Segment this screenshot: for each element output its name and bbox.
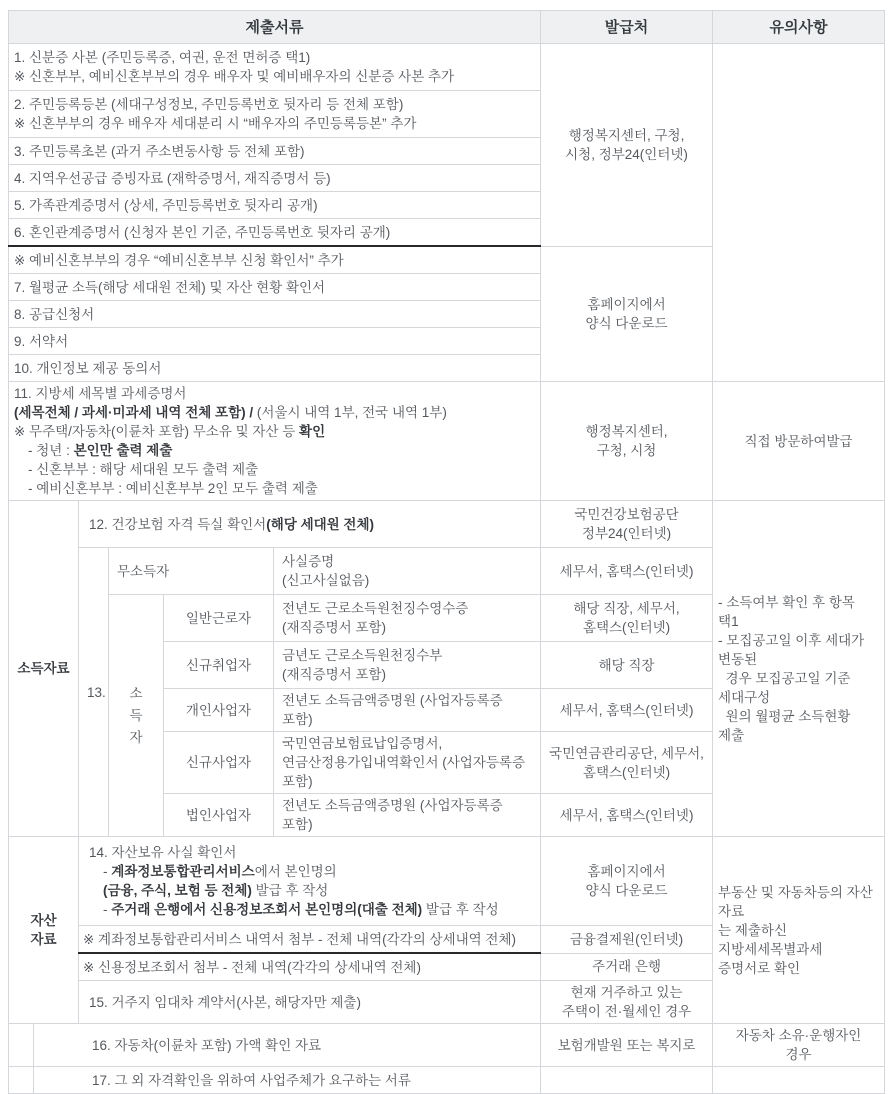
row11-line5: - 신혼부부 : 해당 세대원 모두 출력 제출: [14, 460, 532, 479]
doc-etc-documents: 17. 그 외 자격확인을 위하여 사업주체가 요구하는 서류: [34, 1067, 541, 1094]
row-11-local-tax-cert: 11. 지방세 세목별 과세증명서 (세목전체 / 과세·미과세 내역 전체 포…: [9, 382, 885, 501]
type-self-employed: 개인사업자: [164, 689, 274, 732]
row2-line1: 2. 주민등록등본 (세대구성정보, 주민등록번호 뒷자리 등 전체 포함): [14, 95, 532, 114]
row11-line6: - 예비신혼부부 : 예비신혼부부 2인 모두 출력 제출: [14, 479, 532, 498]
row11-line2: (세목전체 / 과세·미과세 내역 전체 포함) / (서울시 내역 1부, 전…: [14, 403, 532, 422]
required-documents-table: 제출서류 발급처 유의사항 1. 신분증 사본 (주민등록증, 여권, 운전 면…: [8, 10, 885, 1094]
issuer-local-tax: 행정복지센터, 구청, 시청: [541, 382, 713, 501]
row-12-health-insurance: 소득자료 12. 건강보험 자격 득실 확인서(해당 세대원 전체) 국민건강보…: [9, 501, 885, 548]
doc-lease-contract: 15. 거주지 임대차 계약서(사본, 해당자만 제출): [79, 981, 541, 1024]
issuer-health-insurance: 국민건강보험공단 정부24(인터넷): [541, 501, 713, 548]
issuer-self-employed: 세무서, 홈택스(인터넷): [541, 689, 713, 732]
doc-no-income: 사실증명 (신고사실없음): [274, 548, 541, 595]
doc-credit-report: ※ 신용정보조회서 첨부 - 전체 내역(각각의 상세내역 전체): [79, 953, 541, 981]
note-empty-top: [713, 44, 885, 382]
issuer-credit-report: 주거래 은행: [541, 953, 713, 981]
issuer-regular-worker: 해당 직장, 세무서, 홈택스(인터넷): [541, 595, 713, 642]
type-regular-worker: 일반근로자: [164, 595, 274, 642]
row1-line2: ※ 신혼부부, 예비신혼부부의 경우 배우자 및 예비배우자의 신분증 사본 추…: [14, 67, 532, 86]
row12-text: 12. 건강보험 자격 득실 확인서: [89, 517, 266, 532]
doc-corporate-business: 전년도 소득금액증명원 (사업자등록증 포함): [274, 794, 541, 837]
issuer-asset-forms: 홈페이지에서 양식 다운로드: [541, 837, 713, 926]
row13-number: 13.: [79, 548, 109, 837]
type-no-income: 무소득자: [109, 548, 274, 595]
issuer-vehicle-value: 보험개발원 또는 복지로: [541, 1024, 713, 1067]
row11-line3: ※ 무주택/자동차(이륜차 포함) 무소유 및 자산 등 확인: [14, 422, 532, 441]
row-14-asset-confirm: 자산 자료 14. 자산보유 사실 확인서 - 계좌정보통합관리서비스에서 본인…: [9, 837, 885, 926]
type-new-business: 신규사업자: [164, 732, 274, 794]
header-issuer: 발급처: [541, 11, 713, 44]
row12-bold: (해당 세대원 전체): [266, 517, 374, 532]
group-asset-data: 자산 자료: [9, 837, 79, 1024]
issuer-new-employee: 해당 직장: [541, 642, 713, 689]
issuer-identity-docs: 행정복지센터, 구청, 시청, 정부24(인터넷): [541, 44, 713, 247]
note-asset-section: 부동산 및 자동차등의 자산 자료 는 제출하신 지방세세목별과세 증명서로 확…: [713, 837, 885, 1024]
issuer-new-business: 국민연금관리공단, 세무서, 홈택스(인터넷): [541, 732, 713, 794]
doc-new-business: 국민연금보험료납입증명서, 연금산정용가입내역확인서 (사업자등록증 포함): [274, 732, 541, 794]
row-16-vehicle-value: 16. 자동차(이륜차 포함) 가액 확인 자료 보험개발원 또는 복지로 자동…: [9, 1024, 885, 1067]
type-corporate-business: 법인사업자: [164, 794, 274, 837]
row11-line4: - 청년 : 본인만 출력 제출: [14, 441, 532, 460]
row-1-id-copy: 1. 신분증 사본 (주민등록증, 여권, 운전 면허증 택1) ※ 신혼부부,…: [9, 44, 885, 91]
doc-account-statement: ※ 계좌정보통합관리서비스 내역서 첨부 - 전체 내역(각각의 상세내역 전체…: [79, 926, 541, 954]
note-income-section: - 소득여부 확인 후 항목 택1 - 모집공고일 이후 세대가 변동된 경우 …: [713, 501, 885, 837]
issuer-no-income: 세무서, 홈택스(인터넷): [541, 548, 713, 595]
issuer-lease-contract: 현재 거주하고 있는 주택이 전·월세인 경우: [541, 981, 713, 1024]
header-notes: 유의사항: [713, 11, 885, 44]
row17-spacer-cell: [9, 1067, 34, 1094]
label-income-earner: 소 득 자: [109, 595, 164, 837]
row14-line2: - 계좌정보통합관리서비스에서 본인명의: [89, 862, 532, 881]
note-vehicle-owner: 자동차 소유·운행자인 경우: [713, 1024, 885, 1067]
row-17-etc-documents: 17. 그 외 자격확인을 위하여 사업주체가 요구하는 서류: [9, 1067, 885, 1094]
row2-line2: ※ 신혼부부의 경우 배우자 세대분리 시 “배우자의 주민등록등본” 추가: [14, 114, 532, 133]
doc-new-employee: 금년도 근로소득원천징수부 (재직증명서 포함): [274, 642, 541, 689]
doc-self-employed: 전년도 소득금액증명원 (사업자등록증 포함): [274, 689, 541, 732]
doc-regular-worker: 전년도 근로소득원천징수영수증 (재직증명서 포함): [274, 595, 541, 642]
document-table-wrapper: 제출서류 발급처 유의사항 1. 신분증 사본 (주민등록증, 여권, 운전 면…: [0, 0, 894, 1094]
issuer-etc-empty: [541, 1067, 713, 1094]
issuer-account-statement: 금융결제원(인터넷): [541, 926, 713, 954]
row1-line1: 1. 신분증 사본 (주민등록증, 여권, 운전 면허증 택1): [14, 48, 532, 67]
row14-line4: - 주거래 은행에서 신용정보조회서 본인명의(대출 전체) 발급 후 작성: [89, 900, 532, 919]
row16-spacer-cell: [9, 1024, 34, 1067]
type-new-employee: 신규취업자: [164, 642, 274, 689]
doc-vehicle-value: 16. 자동차(이륜차 포함) 가액 확인 자료: [34, 1024, 541, 1067]
row11-line1: 11. 지방세 세목별 과세증명서: [14, 384, 532, 403]
header-documents: 제출서류: [9, 11, 541, 44]
group-income-data: 소득자료: [9, 501, 79, 837]
table-header-row: 제출서류 발급처 유의사항: [9, 11, 885, 44]
row14-line3: (금융, 주식, 보험 등 전체) 발급 후 작성: [89, 881, 532, 900]
note-etc-empty: [713, 1067, 885, 1094]
note-visit-in-person: 직접 방문하여발급: [713, 382, 885, 501]
issuer-corporate-business: 세무서, 홈택스(인터넷): [541, 794, 713, 837]
row14-line1: 14. 자산보유 사실 확인서: [89, 843, 532, 862]
issuer-website-forms: 홈페이지에서 양식 다운로드: [541, 246, 713, 382]
